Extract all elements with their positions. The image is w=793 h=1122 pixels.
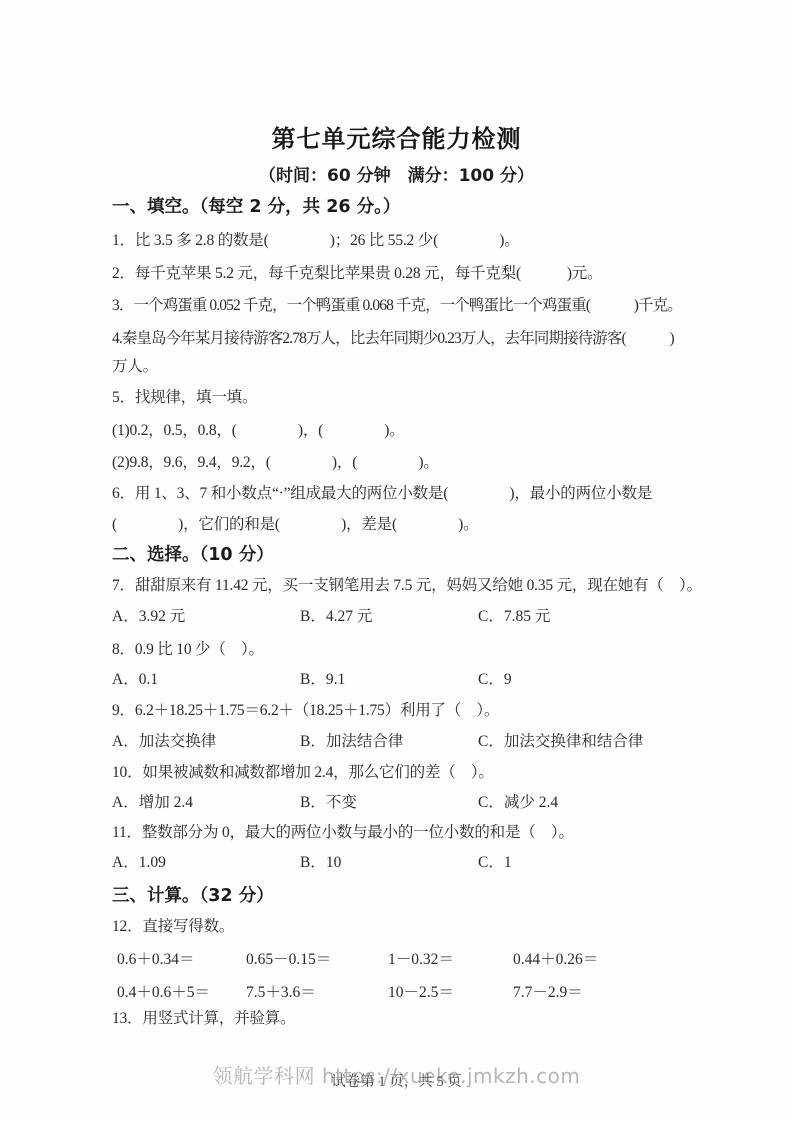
q8-choice-a: A．0.1 xyxy=(112,667,158,689)
equation-2: 0.65－0.15＝ xyxy=(246,947,331,969)
equation-7: 10－2.5＝ xyxy=(388,980,454,1002)
equation-3: 1－0.32＝ xyxy=(388,947,454,969)
section-3-heading: 三、计算。（32 分） xyxy=(112,882,274,907)
question-9-stem: 9．6.2＋18.25＋1.75＝6.2＋（18.25＋1.75）利用了（ ）。 xyxy=(112,698,499,720)
question-8-stem: 8．0.9 比 10 少（ ）。 xyxy=(112,637,264,659)
page-number-label: 试卷第 1 页，共 5 页 xyxy=(0,1070,793,1091)
question-11-stem: 11．整数部分为 0，最大的两位小数与最小的一位小数的和是（ ）。 xyxy=(112,820,574,842)
exam-subtitle: （时间：60 分钟 满分：100 分） xyxy=(0,161,793,186)
q10-choice-a: A．增加 2.4 xyxy=(112,790,193,812)
equation-1: 0.6＋0.34＝ xyxy=(117,947,195,969)
q8-choice-b: B．9.1 xyxy=(300,667,345,689)
q9-choice-b: B．加法结合律 xyxy=(300,729,403,751)
q7-choice-b: B．4.27 元 xyxy=(300,604,372,626)
question-3: 3．一个鸡蛋重 0.052 千克，一个鸭蛋重 0.068 千克，一个鸭蛋比一个鸡… xyxy=(112,293,682,315)
q11-choice-a: A．1.09 xyxy=(112,850,166,872)
exam-title: 第七单元综合能力检测 xyxy=(0,119,793,154)
q10-choice-c: C．减少 2.4 xyxy=(478,790,558,812)
question-10-stem: 10．如果被减数和减数都增加 2.4，那么它们的差（ ）。 xyxy=(112,760,494,782)
question-1: 1．比 3.5 多 2.8 的数是( )；26 比 55.2 少( )。 xyxy=(112,228,520,250)
q9-choice-a: A．加法交换律 xyxy=(112,729,216,751)
q7-choice-c: C．7.85 元 xyxy=(478,604,550,626)
question-11-choices: A．1.09 B．10 C．1 xyxy=(112,850,712,872)
section-2-heading: 二、选择。（10 分） xyxy=(112,541,274,566)
question-4-line-2: 万人。 xyxy=(112,354,158,376)
question-5: 5．找规律，填一填。 xyxy=(112,385,257,407)
question-6-line-1: 6．用 1、3、7 和小数点“·”组成最大的两位小数是( )，最小的两位小数是 xyxy=(112,481,652,503)
equation-6: 7.5＋3.6＝ xyxy=(246,980,316,1002)
question-12: 12．直接写得数。 xyxy=(112,914,234,936)
question-8-choices: A．0.1 B．9.1 C．9 xyxy=(112,667,712,689)
question-7-stem: 7．甜甜原来有 11.42 元，买一支钢笔用去 7.5 元，妈妈又给她 0.35… xyxy=(112,573,702,595)
q7-choice-a: A．3.92 元 xyxy=(112,604,185,626)
question-9-choices: A．加法交换律 B．加法结合律 C．加法交换律和结合律 xyxy=(112,729,712,751)
question-10-choices: A．增加 2.4 B．不变 C．减少 2.4 xyxy=(112,790,712,812)
question-7-choices: A．3.92 元 B．4.27 元 C．7.85 元 xyxy=(112,604,712,626)
q9-choice-c: C．加法交换律和结合律 xyxy=(478,729,643,751)
question-13: 13．用竖式计算，并验算。 xyxy=(112,1006,295,1028)
equation-8: 7.7－2.9＝ xyxy=(513,980,583,1002)
exam-paper-page: 第七单元综合能力检测 （时间：60 分钟 满分：100 分） 一、填空。（每空 … xyxy=(0,0,793,1122)
q11-choice-c: C．1 xyxy=(478,850,512,872)
section-1-heading: 一、填空。（每空 2 分，共 26 分。） xyxy=(112,193,400,218)
oral-calc-row-1: 0.6＋0.34＝ 0.65－0.15＝ 1－0.32＝ 0.44＋0.26＝ xyxy=(112,947,712,969)
oral-calc-row-2: 0.4＋0.6＋5＝ 7.5＋3.6＝ 10－2.5＝ 7.7－2.9＝ xyxy=(112,980,712,1002)
q10-choice-b: B．不变 xyxy=(300,790,357,812)
question-2: 2．每千克苹果 5.2 元，每千克梨比苹果贵 0.28 元，每千克梨( )元。 xyxy=(112,261,602,283)
question-5-sub-1: (1)0.2，0.5，0.8，( )，( )。 xyxy=(112,418,405,440)
q8-choice-c: C．9 xyxy=(478,667,512,689)
equation-4: 0.44＋0.26＝ xyxy=(513,947,598,969)
equation-5: 0.4＋0.6＋5＝ xyxy=(117,980,210,1002)
question-4-line-1: 4.秦皇岛今年某月接待游客2.78万人，比去年同期少0.23万人，去年同期接待游… xyxy=(112,326,674,348)
question-6-line-2: ( )，它们的和是( )，差是( )。 xyxy=(112,512,478,534)
q11-choice-b: B．10 xyxy=(300,850,341,872)
question-5-sub-2: (2)9.8，9.6，9.4，9.2，( )，( )。 xyxy=(112,450,439,472)
